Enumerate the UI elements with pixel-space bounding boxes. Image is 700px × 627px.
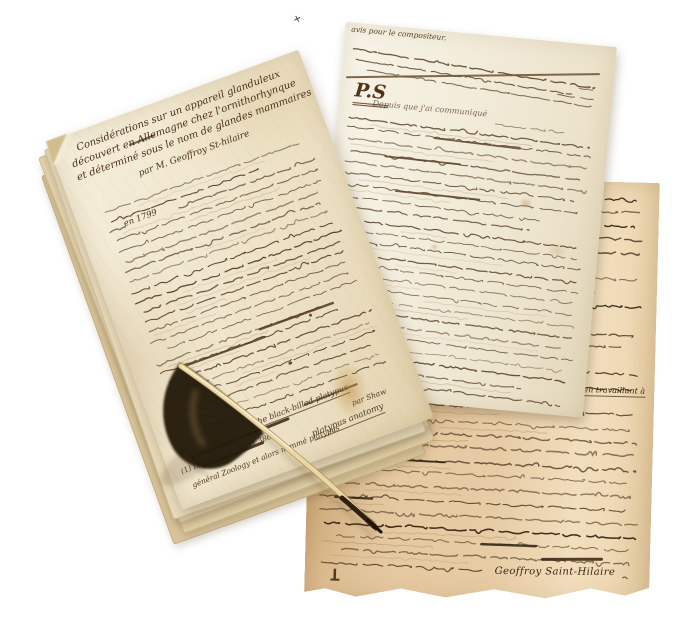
quill-pen (140, 330, 404, 566)
paragraph-mark (330, 569, 339, 581)
photo-canvas: en travaillant à Geoffroy Saint-Hilaire … (0, 0, 700, 627)
crossed-out-word (541, 558, 603, 561)
stray-ink-mark: ✕ (292, 14, 302, 26)
tan-fragment: en travaillant à (583, 385, 645, 398)
signature: Geoffroy Saint-Hilaire (495, 566, 616, 578)
